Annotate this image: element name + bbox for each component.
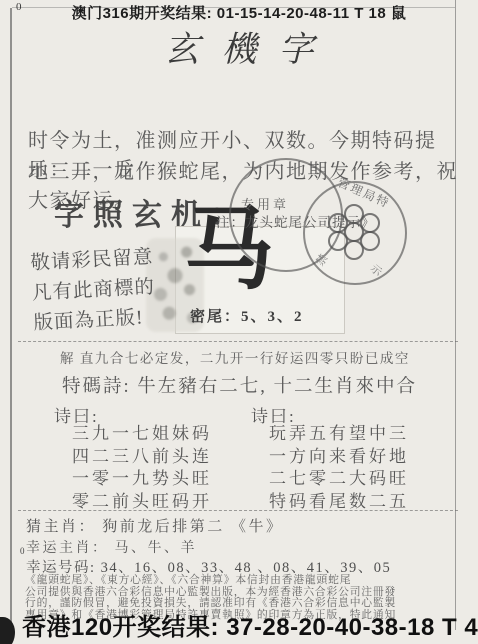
divider-dashed-1 xyxy=(18,341,458,342)
flower-circle xyxy=(328,231,348,251)
right-border xyxy=(455,0,456,630)
secret-tail-numbers: 密尾：5、3、2 xyxy=(190,305,304,326)
main-zodiac-guess: 猜主肖： 狗前龙后排第二 《牛》 xyxy=(26,515,284,536)
left-border xyxy=(10,8,12,635)
fine-print-line: 《龍頭蛇尾》、《東方心經》、《六合神算》本信封由香港龍頭蛇尾 xyxy=(25,575,461,587)
scan-artifact-blob xyxy=(0,617,15,644)
hk-result-line: 香港120开奖结果: 37-28-20-40-38-18 T 41 牛. xyxy=(22,607,478,642)
poem-line: 四二三八前头连 xyxy=(72,446,212,469)
poem-line: 一方向来看好地 xyxy=(269,446,409,469)
poem-left-lines: 三九一七姐妹码 四二三八前头连 一零一九势头旺 零二前头旺码开 xyxy=(72,423,212,513)
scan-artifact-zero: 0 xyxy=(20,546,25,556)
divider-dashed-2 xyxy=(18,510,458,511)
macau-result-line: 澳门316期开奖结果: 01-15-14-20-48-11 T 18 鼠 xyxy=(0,2,478,23)
lucky-zodiac-line: 幸运主肖： 马、牛、羊 xyxy=(26,537,197,557)
authenticity-notice: 敬请彩民留意 凡有此商標的 版面為正版! xyxy=(30,243,158,339)
tip-sheet-page: 0 澳门316期开奖结果: 01-15-14-20-48-11 T 18 鼠 玄… xyxy=(0,0,478,644)
notice-line: 版面為正版! xyxy=(33,303,157,339)
poem-right-lines: 玩弄五有望中三 一方向来看好地 二七零二大码旺 特码看尾数二五 xyxy=(269,423,409,513)
poem-line: 玩弄五有望中三 xyxy=(269,423,409,446)
stamp-text-line-2: 注：龙头蛇尾公司提示》 xyxy=(216,211,376,231)
poem-line: 二七零二大码旺 xyxy=(269,468,409,491)
page-title: 玄機字 xyxy=(0,22,478,72)
solve-line: 解 直九合七必定发，二九开一行好运四零只盼已成空 xyxy=(60,347,410,367)
poem-line: 一零一九势头旺 xyxy=(72,468,212,491)
poem-line: 三九一七姐妹码 xyxy=(72,423,212,446)
special-code-poem: 特碼詩: 牛左豬右二七, 十二生肖來中合 xyxy=(62,372,417,398)
